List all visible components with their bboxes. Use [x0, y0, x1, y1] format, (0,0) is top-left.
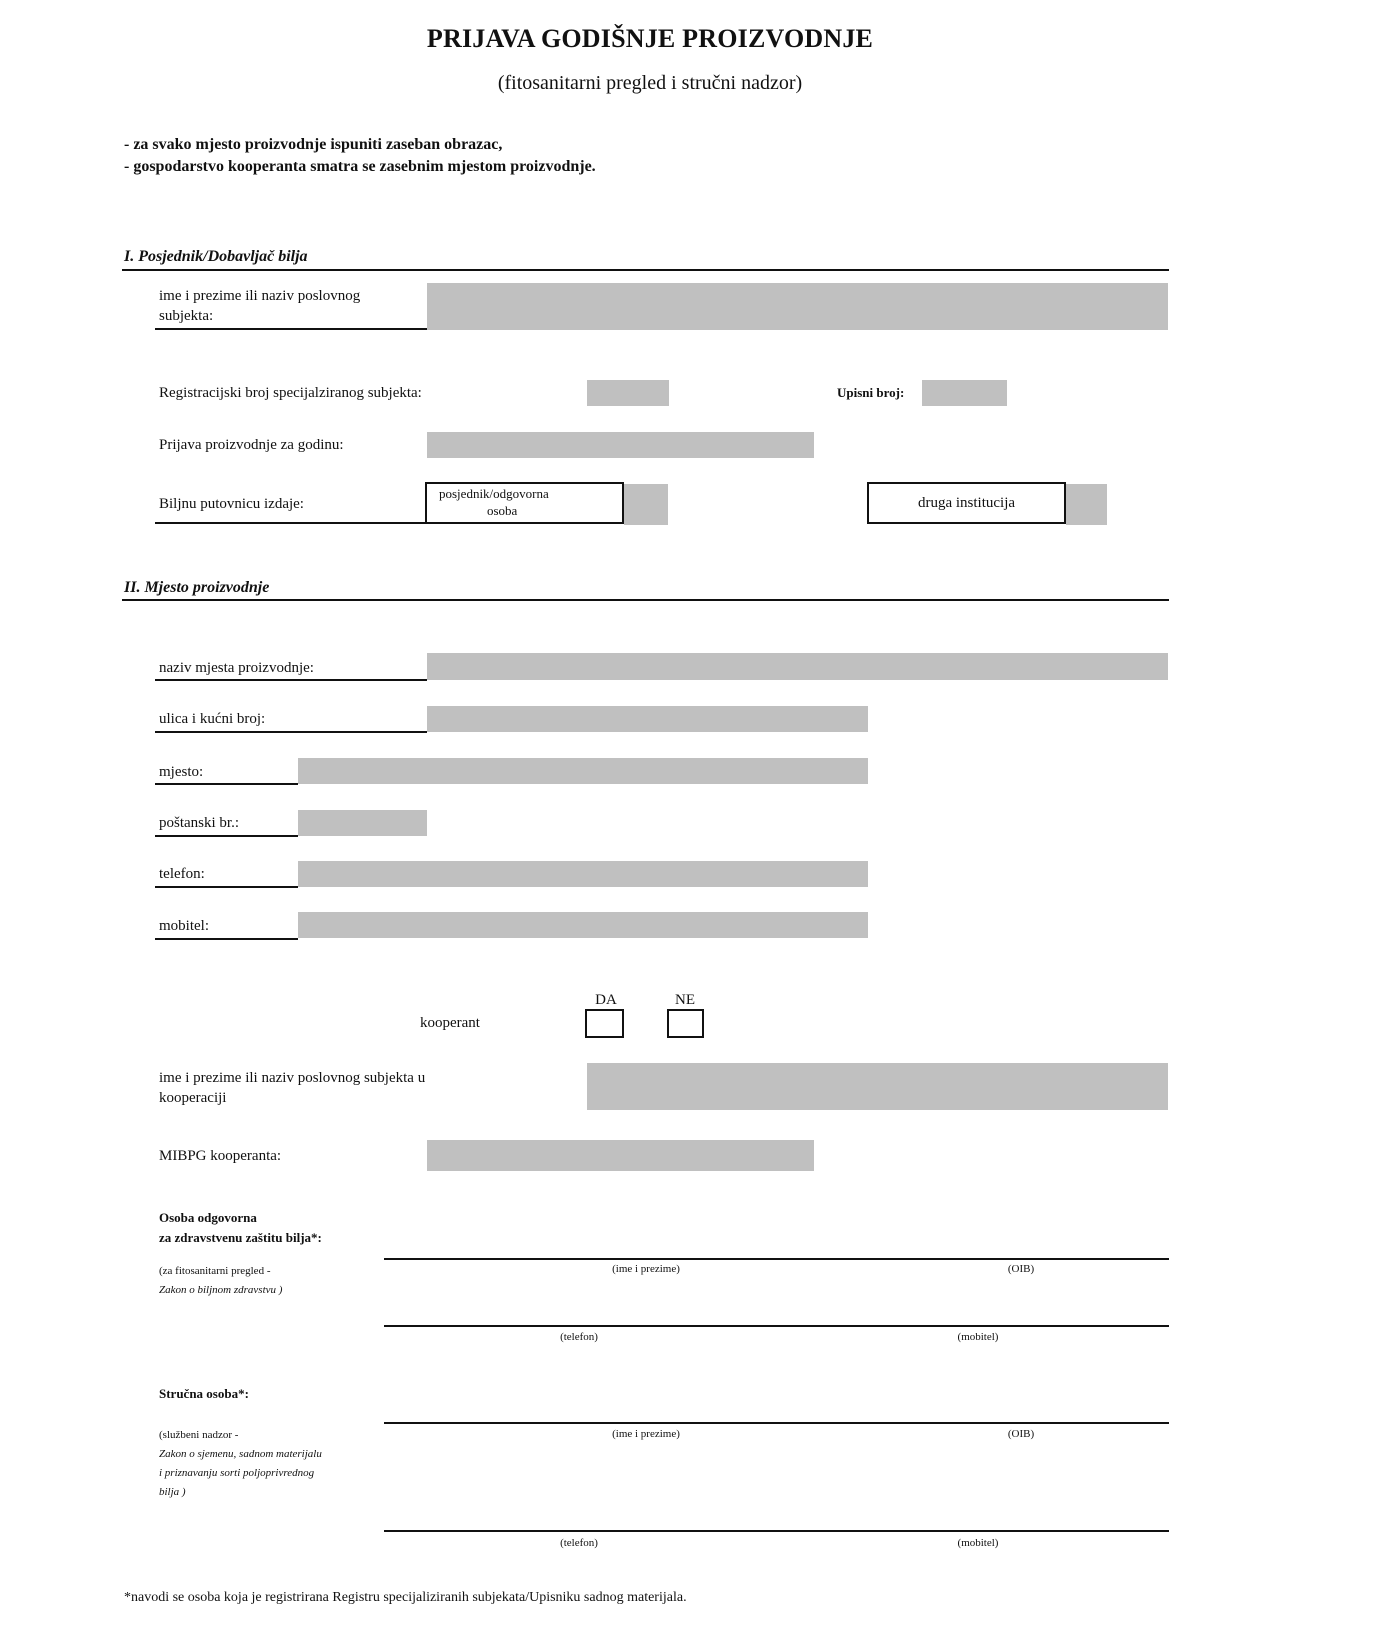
mobile-field[interactable] — [298, 912, 868, 938]
section-1-heading: I. Posjednik/Dobavljač bilja — [124, 248, 308, 266]
coop-name-field[interactable] — [587, 1063, 1168, 1110]
responsible-person-note: (za fitosanitarni pregled - Zakon o bilj… — [159, 1262, 282, 1300]
kooperant-label: kooperant — [420, 1013, 480, 1033]
holder-name-underline — [155, 328, 427, 330]
phone-field[interactable] — [298, 861, 868, 887]
footnote: *navodi se osoba koja je registrirana Re… — [124, 1590, 687, 1606]
instruction-note-1: - za svako mjesto proizvodnje ispuniti z… — [124, 136, 502, 154]
reg-number-label: Registracijski broj specijalziranog subj… — [159, 383, 422, 403]
responsible-name-line[interactable] — [384, 1258, 1169, 1260]
holder-name-label-line1: ime i prezime ili naziv poslovnog — [159, 286, 360, 306]
expert-note-line2: Zakon o sjemenu, sadnom materijalu — [159, 1445, 322, 1464]
responsible-person-title: Osoba odgovorna za zdravstvenu zaštitu b… — [159, 1208, 322, 1248]
option-owner-label-line2: osoba — [427, 502, 622, 519]
year-field[interactable] — [427, 432, 814, 458]
coop-name-label: ime i prezime ili naziv poslovnog subjek… — [159, 1068, 425, 1108]
section-2-rule — [122, 599, 1169, 601]
mobile-underline — [155, 938, 298, 940]
option-other-label: druga institucija — [918, 493, 1015, 513]
site-name-underline — [155, 679, 427, 681]
responsible-phone-line[interactable] — [384, 1325, 1169, 1327]
responsible-note-line1: (za fitosanitarni pregled - — [159, 1262, 282, 1281]
coop-name-label-line1: ime i prezime ili naziv poslovnog subjek… — [159, 1068, 425, 1088]
expert-oib-caption: (OIB) — [921, 1428, 1121, 1440]
expert-name-caption: (ime i prezime) — [546, 1428, 746, 1440]
expert-person-note: (službeni nadzor - Zakon o sjemenu, sadn… — [159, 1426, 322, 1502]
passport-issuer-underline — [155, 522, 427, 524]
expert-person-title: Stručna osoba*: — [159, 1384, 249, 1404]
section-2-heading: II. Mjesto proizvodnje — [124, 579, 269, 597]
street-field[interactable] — [427, 706, 868, 732]
no-label: NE — [667, 990, 703, 1010]
option-owner-label-line1: posjednik/odgovorna — [427, 484, 622, 502]
expert-note-line4: bilja ) — [159, 1483, 322, 1502]
responsible-title-line1: Osoba odgovorna — [159, 1208, 322, 1228]
street-underline — [155, 731, 427, 733]
expert-note-line3: i priznavanju sorti poljoprivrednog — [159, 1464, 322, 1483]
holder-name-label-line2: subjekta: — [159, 306, 360, 326]
responsible-oib-caption: (OIB) — [921, 1263, 1121, 1275]
postal-code-underline — [155, 835, 298, 837]
reg-number-field[interactable] — [587, 380, 669, 406]
responsible-title-line2: za zdravstvenu zaštitu bilja*: — [159, 1228, 322, 1248]
postal-code-field[interactable] — [298, 810, 427, 836]
passport-issuer-label: Biljnu putovnicu izdaje: — [159, 494, 304, 514]
kooperant-yes-checkbox[interactable] — [585, 1009, 624, 1038]
responsible-note-line2: Zakon o biljnom zdravstvu ) — [159, 1281, 282, 1300]
phone-label: telefon: — [159, 864, 205, 884]
option-other-box: druga institucija — [867, 482, 1066, 524]
expert-name-line[interactable] — [384, 1422, 1169, 1424]
expert-mobile-caption: (mobitel) — [878, 1537, 1078, 1549]
expert-note-line1: (službeni nadzor - — [159, 1426, 322, 1445]
section-1-rule — [122, 269, 1169, 271]
upisni-broj-field[interactable] — [922, 380, 1007, 406]
postal-code-label: poštanski br.: — [159, 813, 239, 833]
responsible-phone-caption: (telefon) — [479, 1331, 679, 1343]
yes-label: DA — [588, 990, 624, 1010]
city-underline — [155, 783, 298, 785]
street-label: ulica i kućni broj: — [159, 709, 265, 729]
site-name-label: naziv mjesta proizvodnje: — [159, 658, 314, 678]
coop-name-label-line2: kooperaciji — [159, 1088, 425, 1108]
form-title: PRIJAVA GODIŠNJE PROIZVODNJE — [0, 24, 1300, 54]
expert-phone-line[interactable] — [384, 1530, 1169, 1532]
phone-underline — [155, 886, 298, 888]
site-name-field[interactable] — [427, 653, 1168, 680]
upisni-broj-label: Upisni broj: — [837, 383, 904, 403]
kooperant-no-checkbox[interactable] — [667, 1009, 704, 1038]
form-subtitle: (fitosanitarni pregled i stručni nadzor) — [0, 72, 1300, 95]
holder-name-field[interactable] — [427, 283, 1168, 330]
option-owner-field[interactable] — [624, 484, 668, 525]
option-owner-box: posjednik/odgovorna osoba — [425, 482, 624, 524]
expert-phone-caption: (telefon) — [479, 1537, 679, 1549]
instruction-note-2: - gospodarstvo kooperanta smatra se zase… — [124, 158, 596, 176]
year-label: Prijava proizvodnje za godinu: — [159, 435, 344, 455]
mibpg-label: MIBPG kooperanta: — [159, 1146, 281, 1166]
mibpg-field[interactable] — [427, 1140, 814, 1171]
mobile-label: mobitel: — [159, 916, 209, 936]
city-field[interactable] — [298, 758, 868, 784]
responsible-name-caption: (ime i prezime) — [546, 1263, 746, 1275]
holder-name-label: ime i prezime ili naziv poslovnog subjek… — [159, 286, 360, 326]
option-other-field[interactable] — [1066, 484, 1107, 525]
responsible-mobile-caption: (mobitel) — [878, 1331, 1078, 1343]
city-label: mjesto: — [159, 762, 203, 782]
